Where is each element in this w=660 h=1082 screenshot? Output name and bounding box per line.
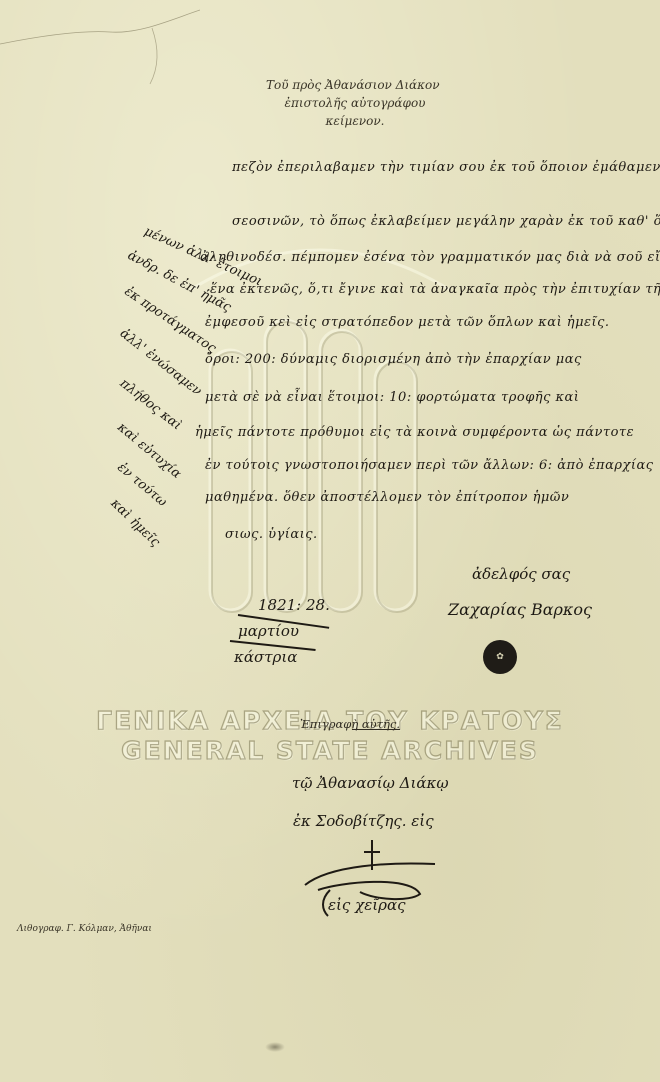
letter-line: ἐμφεσοῦ κεὶ εἰς στρατόπεδον μετὰ τῶν ὅπλ…: [205, 315, 610, 330]
endorsement-title: Ἐπιγραφὴ αὐτῆς.: [300, 717, 400, 731]
heading-line-1: Τοῦ πρὸς Ἀθανάσιον Διάκον: [260, 76, 450, 94]
letter-line: μαθημένα. ὅθεν ἀποστέλλομεν τὸν ἐπίτροπο…: [205, 490, 569, 505]
date-place: κάστρια: [234, 648, 297, 666]
lithographer-credit: Λιθογραφ. Γ. Κόλμαν, Ἀθῆναι: [17, 924, 152, 934]
printed-heading: Τοῦ πρὸς Ἀθανάσιον Διάκον ἐπιστολῆς αὐτο…: [260, 76, 450, 130]
letter-line: σεοσινῶν, τὸ ὅπως ἐκλαβείμεν μεγάλην χαρ…: [232, 214, 660, 229]
signature-name: Ζαχαρίας Βαρκος: [448, 600, 592, 619]
letter-line: ἡμεῖς πάντοτε πρόθυμοι εἰς τὰ κοινὰ συμφ…: [195, 425, 634, 440]
letter-line: ὅροι: 200: δύναμις διορισμένη ἀπὸ τὴν ἐπ…: [205, 352, 582, 367]
letter-line: ἕνα ἐκτενῶς, ὅ,τι ἔγινε καὶ τὰ ἀναγκαῖα …: [210, 282, 660, 297]
endorsement-line: τῷ Ἀθανασίῳ Διάκῳ: [292, 774, 449, 792]
heading-line-2: ἐπιστολῆς αὐτογράφου: [260, 94, 450, 112]
date-month: μαρτίου: [238, 622, 299, 640]
closing-phrase: ἀδελφός σας: [472, 565, 570, 583]
letter-line: ἀληθινοδέσ. πέμπομεν ἐσένα τὸν γραμματικ…: [200, 250, 660, 265]
letter-line: πεζὸν ἐπεριλαβαμεν τὴν τιμίαν σου ἐκ τοῦ…: [232, 160, 660, 175]
heading-line-3: κείμενον.: [260, 112, 450, 130]
seal-mark: ✿: [496, 652, 504, 662]
letter-line: σιως. ὑγίαις.: [225, 527, 318, 542]
date-year: 1821: 28.: [258, 596, 330, 614]
endorsement-line: ἐκ Σοδοβίτζης. εἰς: [293, 812, 434, 830]
letter-line: ἐν τούτοις γνωστοποιήσαμεν περὶ τῶν ἄλλω…: [205, 458, 654, 473]
letter-line: μετὰ σὲ νὰ εἶναι ἕτοιμοι: 10: φορτώματα …: [205, 390, 579, 405]
archive-watermark-english: GENERAL STATE ARCHIVES: [0, 736, 660, 765]
date-block: 1821: 28. μαρτίου κάστρια: [230, 596, 340, 668]
ink-smudge: [265, 1042, 285, 1052]
endorsement-line: εἰς χεῖρας: [328, 896, 405, 914]
wax-seal-icon: ✿: [483, 640, 517, 674]
paper-crease: [0, 0, 200, 90]
